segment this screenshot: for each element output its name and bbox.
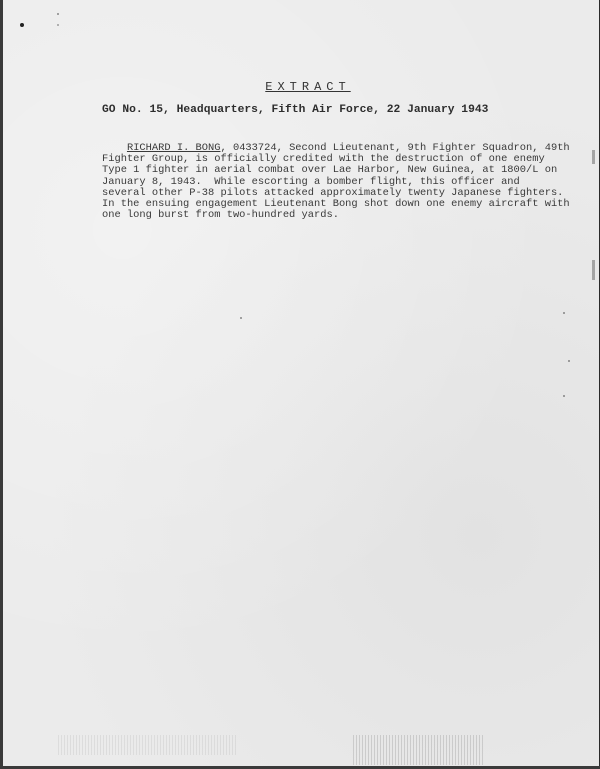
general-order-line: GO No. 15, Headquarters, Fifth Air Force…: [102, 104, 488, 116]
scan-noise: [353, 735, 483, 765]
scan-speck: [563, 312, 565, 314]
document-heading: EXTRACT: [3, 80, 600, 94]
citation-paragraph: RICHARD I. BONG, 0433724, Second Lieuten…: [102, 143, 562, 221]
body-line: , 0433724, Second Lieutenant, 9th Fighte…: [220, 142, 569, 154]
scan-edge-marks: [592, 150, 595, 164]
scan-edge-marks: [592, 260, 595, 280]
body-line: In the ensuing engagement Lieutenant Bon…: [102, 198, 570, 210]
scan-speck: [568, 360, 570, 362]
scan-speck: [563, 395, 565, 397]
scan-speck: [57, 24, 59, 26]
document-page: EXTRACT GO No. 15, Headquarters, Fifth A…: [3, 0, 599, 766]
body-line: Fighter Group, is officially credited wi…: [102, 153, 545, 165]
scan-speck: [57, 13, 59, 15]
scan-noise: [58, 735, 238, 755]
body-line: several other P-38 pilots attacked appro…: [102, 187, 563, 199]
pilot-name: RICHARD I. BONG: [127, 142, 221, 154]
scan-speck: [240, 317, 242, 319]
scan-speck: [20, 23, 24, 27]
body-line: January 8, 1943. While escorting a bombe…: [102, 176, 520, 188]
body-line: one long burst from two-hundred yards.: [102, 209, 339, 221]
body-line: Type 1 fighter in aerial combat over Lae…: [102, 164, 557, 176]
